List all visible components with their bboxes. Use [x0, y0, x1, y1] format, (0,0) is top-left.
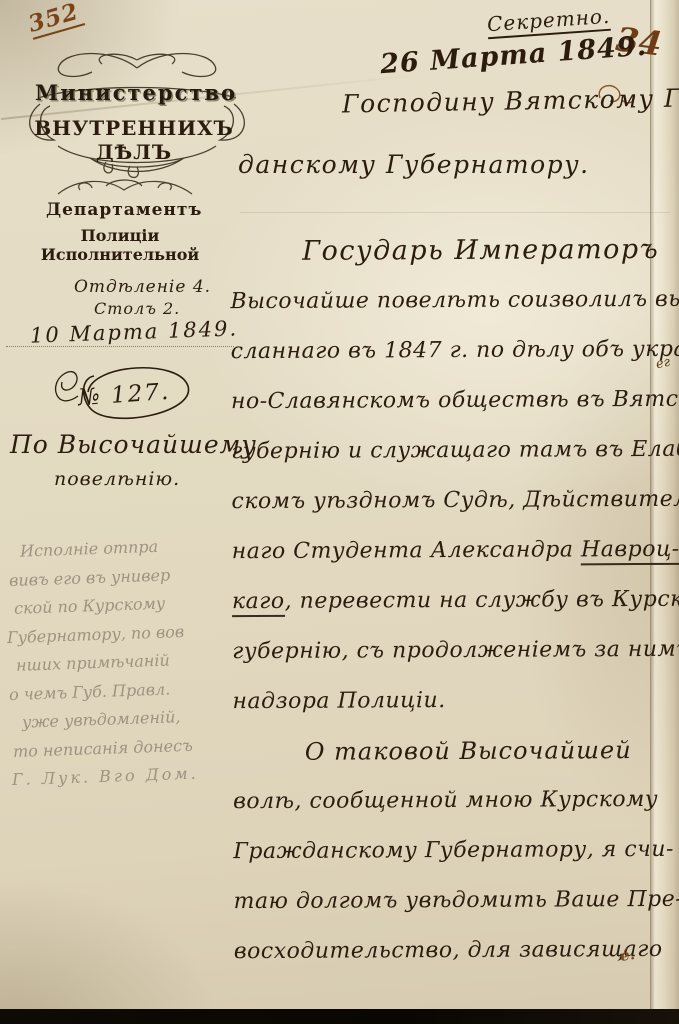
department-flourish-ornament: [50, 176, 200, 200]
text-line: Высочайше повелѣть соизволилъ вы-: [230, 275, 674, 327]
document-page: 352 Секретно. 34 26 Марта 1849. Господин…: [0, 0, 679, 1024]
document-date: 10 Марта 1849.: [30, 316, 239, 347]
desk-number: Столъ 2.: [94, 299, 180, 318]
text-line: наго Студента Александра Навроц-: [232, 525, 676, 577]
subject-line1: По Высочайшему: [10, 430, 257, 459]
text-line: но-Славянскомъ обществѣ въ Вятскую: [231, 375, 675, 427]
text-line: таю долгомъ увѣдомить Ваше Пре-: [233, 875, 677, 927]
text-line: надзора Полиціи.: [232, 675, 676, 727]
folio-number-stamp: 352: [25, 0, 84, 38]
margin-ink-mark: é.: [619, 945, 636, 965]
margin-ink-mark: ег: [655, 355, 672, 373]
text-line: восходительство, для зависящаго: [234, 925, 678, 977]
text-line: Гражданскому Губернатору, я счи-: [233, 825, 677, 877]
ministry-subtitle: ВНУТРЕННИХЪ ДѢЛЪ: [26, 116, 242, 164]
ministry-title: Министерство: [30, 80, 242, 105]
addressee-line1: Господину Вятскому Граж: [342, 82, 679, 118]
body-text: Государь ИмператоръВысочайше повелѣть со…: [230, 225, 678, 977]
pencil-marginal-note: Исполніе отправивъ его въ универской по …: [2, 530, 251, 795]
text-line: губернію и служащаго тамъ въ Елабуж-: [231, 425, 675, 477]
department-line2: Полицiи Исполнительной: [10, 226, 230, 264]
text-line: каго, перевести на службу въ Курскую: [232, 575, 676, 627]
text-line: волѣ, сообщенной мною Курскому: [233, 775, 677, 827]
text-line: сланнаго въ 1847 г. по дѣлу объ украй-: [231, 325, 675, 377]
received-date: 26 Марта 1849.: [379, 31, 648, 81]
section-number: Отдѣленіе 4.: [74, 277, 211, 297]
department-line1: Департаментъ: [46, 200, 196, 220]
paper-crease: [240, 212, 670, 213]
secret-label: Секретно.: [486, 4, 611, 37]
scan-bottom-edge: [0, 1009, 679, 1024]
folio-number-text: 352: [25, 0, 85, 40]
addressee-line2: данскому Губернатору.: [238, 150, 590, 179]
text-line: Государь Императоръ: [230, 225, 674, 277]
text-line: О таковой Высочайшей: [233, 725, 677, 777]
subject-line2: повелѣнію.: [54, 468, 180, 490]
text-line: скомъ уѣздномъ Судѣ, Дѣйствител-: [231, 475, 675, 527]
text-line: губернію, съ продолженіемъ за нимъ: [232, 625, 676, 677]
